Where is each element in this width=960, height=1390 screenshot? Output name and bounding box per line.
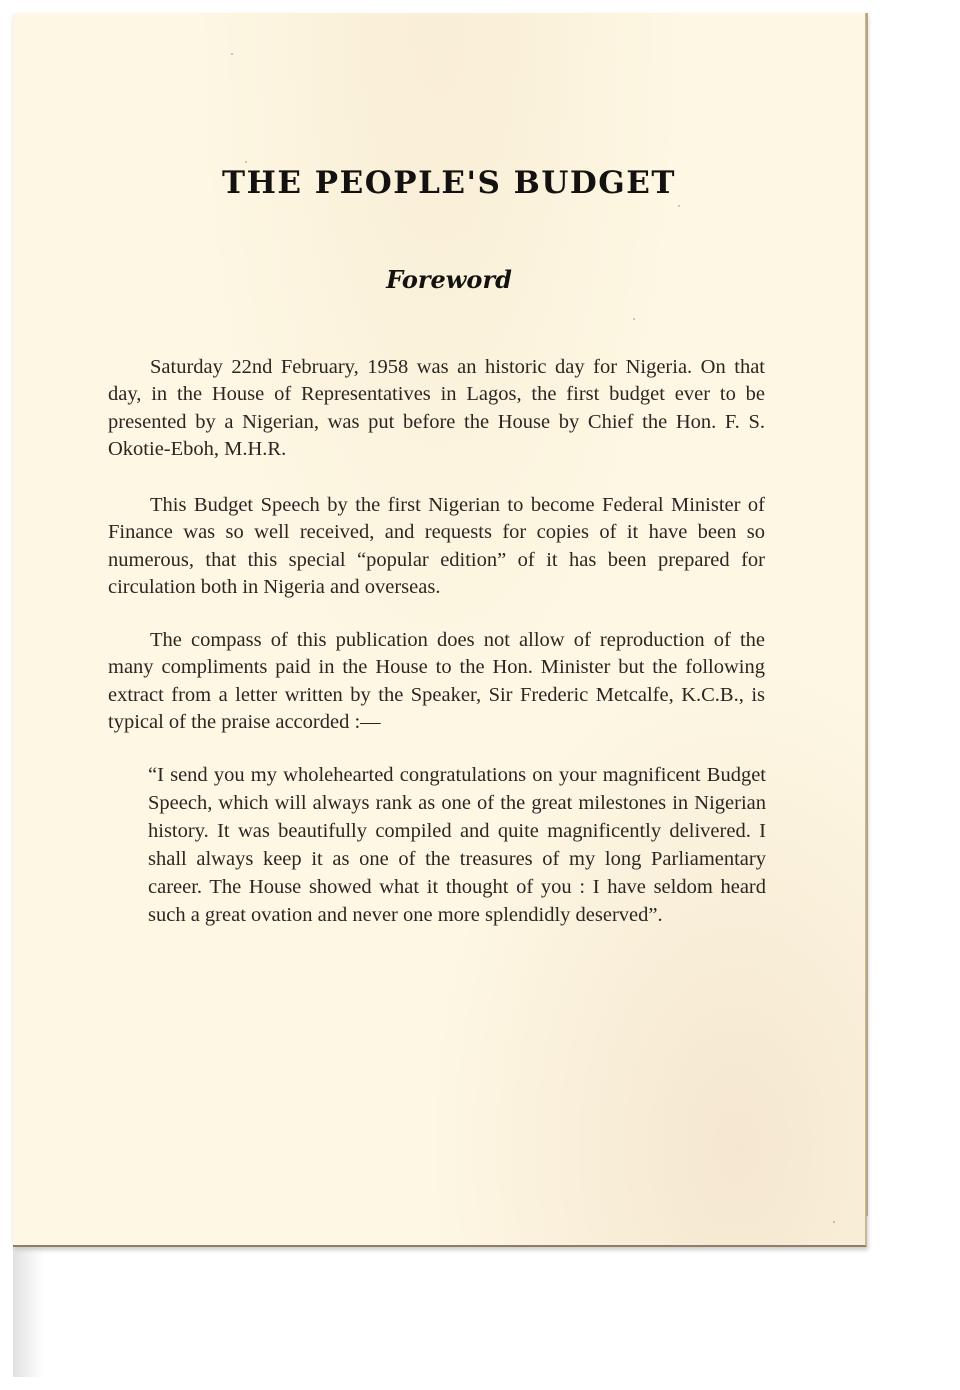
page-shadow xyxy=(13,1247,43,1377)
paper-speck xyxy=(633,318,635,320)
paper-speck xyxy=(833,1221,835,1223)
page-title: THE PEOPLE'S BUDGET xyxy=(13,165,865,201)
paragraph-2: This Budget Speech by the first Nigerian… xyxy=(108,492,765,601)
paragraph-1: Saturday 22nd February, 1958 was an hist… xyxy=(108,354,765,463)
paper-speck xyxy=(245,161,247,163)
paper-speck xyxy=(678,205,680,207)
page-edge xyxy=(866,13,868,1216)
paragraph-3: The compass of this publication does not… xyxy=(108,627,765,736)
paper-speck xyxy=(231,53,233,55)
section-heading-foreword: Foreword xyxy=(13,265,865,294)
speaker-quote: “I send you my wholehearted congratulati… xyxy=(148,761,766,929)
scanned-page: THE PEOPLE'S BUDGET Foreword Saturday 22… xyxy=(13,13,867,1247)
